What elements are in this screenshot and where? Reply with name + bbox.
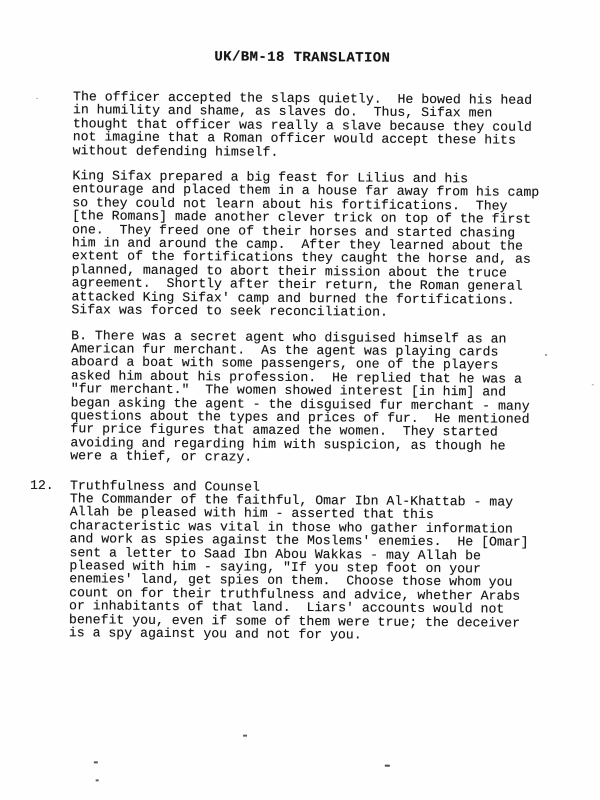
scan-speck: [243, 735, 247, 737]
document-title: UK/BM-18 TRANSLATION: [2, 48, 600, 69]
paragraph-text: The officer accepted the slaps quietly. …: [73, 90, 554, 161]
item-number: 12.: [30, 478, 54, 492]
scan-speck: [96, 779, 99, 781]
paragraph-officer-slaps: The officer accepted the slaps quietly. …: [73, 90, 554, 161]
paragraph-king-sifax-feast: King Sifax prepared a big feast for Lili…: [71, 169, 552, 320]
scan-speck: [385, 765, 390, 767]
scan-speck: [94, 761, 98, 763]
scan-speck: [36, 98, 38, 99]
paragraph-text: Truthfulness and Counsel The Commander o…: [69, 479, 550, 644]
paragraph-text: B. There was a secret agent who disguise…: [70, 329, 551, 467]
scan-speck: [545, 354, 547, 356]
scan-speck: [592, 384, 594, 385]
paragraph-b-fur-merchant: B. There was a secret agent who disguise…: [70, 329, 551, 467]
scanned-document-page: UK/BM-18 TRANSLATION The officer accepte…: [0, 0, 600, 800]
paragraph-item-12-truthfulness: 12. Truthfulness and Counsel The Command…: [69, 479, 550, 644]
document-sheet: UK/BM-18 TRANSLATION The officer accepte…: [0, 0, 600, 800]
paragraph-text: King Sifax prepared a big feast for Lili…: [71, 169, 552, 320]
document-body: The officer accepted the slaps quietly. …: [69, 90, 553, 643]
